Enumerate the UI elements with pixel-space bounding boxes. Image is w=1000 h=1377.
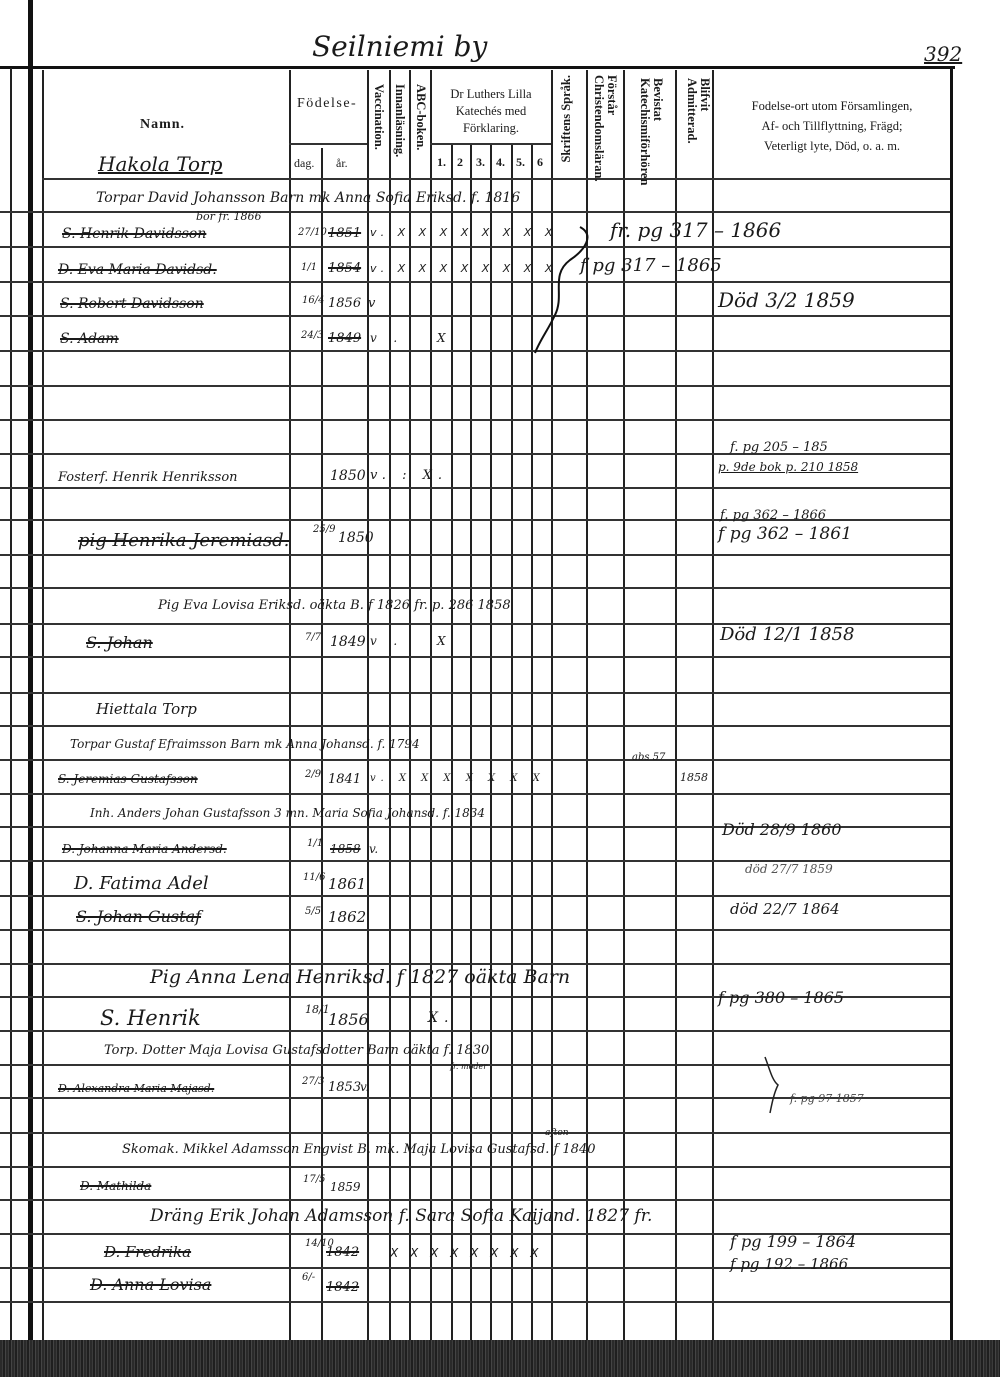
table-row-name: D. Fatima Adel (74, 873, 209, 894)
row-line (0, 554, 950, 556)
header-admitterad: Blifvit Admitterad. (683, 78, 711, 178)
remark: Död 28/9 1860 (722, 820, 842, 839)
birth-year: 1856 (328, 1010, 369, 1029)
birth-day: 24/3 (301, 330, 323, 341)
row-line (0, 759, 950, 761)
table-row-name: S. Henrik Davidsson (62, 226, 206, 242)
birth-year: 1842 (326, 1245, 359, 1260)
row-line (0, 487, 950, 489)
parent-line: Pig Anna Lena Henriksd. f 1827 oäkta Bar… (150, 966, 570, 988)
luther-subheader-line (430, 143, 551, 145)
catechism-marks: v. : X. (370, 468, 448, 483)
birth-day: 27/10 (298, 227, 327, 238)
birth-day: 16/4 (302, 295, 324, 306)
village-title: Seilniemi by (312, 30, 487, 63)
header-remarks-line2: Af- och Tillflyttning, Frägd; (716, 116, 948, 136)
header-remarks-line3: Veterligt lyte, Död, o. a. m. (716, 136, 948, 156)
birth-year: 1854 (328, 261, 361, 276)
birth-day: 1/1 (301, 262, 317, 273)
parent-line: Torp. Dotter Maja Lovisa Gustafsdotter B… (104, 1043, 489, 1058)
birth-day: 7/7 (305, 632, 321, 643)
parent-line: Inh. Anders Johan Gustafsson 3 mn. Maria… (90, 806, 485, 820)
header-innanlasning: Innanläsning. (393, 84, 406, 157)
header-name: Namn. (140, 117, 185, 133)
remark: f. pg 205 – 185 (730, 440, 828, 455)
table-row-name: S. Johan (86, 633, 153, 652)
parent-line: Skomak. Mikkel Adamsson Engvist B. mk. M… (122, 1142, 596, 1157)
table-row-name: D. Mathilda (80, 1179, 151, 1193)
header-luther-4: 4. (496, 155, 505, 170)
remark: död 22/7 1864 (730, 900, 840, 918)
remark: p. 9de bok p. 210 1858 (718, 460, 858, 474)
household-heading: Hakola Torp (98, 152, 222, 176)
catechism-marks: v. (360, 1080, 369, 1094)
row-line (0, 1030, 950, 1032)
annotation: fr. moder (450, 1062, 487, 1071)
header-luther-line1: Dr Luthers Lilla (432, 86, 550, 103)
annotation: abs 57 (632, 752, 665, 763)
birth-day: 1/1 (307, 838, 323, 849)
header-luther-line2: Katechés med (432, 103, 550, 120)
row-line (0, 1166, 950, 1168)
remark: f pg 380 – 1865 (718, 988, 844, 1007)
birth-day: 18/1 (305, 1003, 330, 1016)
header-luther-3: 3. (476, 155, 485, 170)
parent-line: Dräng Erik Johan Adamsson f. Sara Sofia … (150, 1206, 652, 1226)
remark: Död 12/1 1858 (720, 624, 854, 645)
header-luther-5: 5. (516, 155, 525, 170)
row-line (0, 1132, 950, 1134)
birth-year: 1859 (330, 1180, 361, 1194)
col-line-l1 (451, 145, 453, 1343)
household-heading: Hiettala Torp (96, 700, 197, 718)
birth-day: 25/9 (313, 524, 335, 535)
birth-year: 1858 (330, 842, 361, 856)
table-row-name: S. Henrik (100, 1006, 201, 1030)
catechism-marks: X. (428, 1010, 454, 1026)
remark: f. pg 97 1857 (790, 1092, 864, 1105)
header-luther-6: 6 (537, 155, 543, 170)
remark: f pg 192 – 1866 (730, 1255, 848, 1273)
table-row-name: D. Johanna Maria Andersd. (62, 842, 227, 856)
row-line (0, 246, 950, 248)
table-row-name: pig Henrika Jeremiasd. (78, 530, 289, 551)
birth-day: 17/5 (303, 1174, 325, 1185)
birth-year: 1861 (328, 875, 366, 893)
birth-year: 1853 (328, 1080, 361, 1095)
row-line (0, 1301, 950, 1303)
birth-year: 1842 (326, 1280, 359, 1295)
birth-day: 2/9 (305, 769, 321, 780)
birth-year: 1841 (328, 772, 361, 787)
row-line (0, 350, 950, 352)
birth-year: 1851 (328, 226, 361, 241)
col-line-l3 (490, 145, 492, 1343)
remark: f pg 317 – 1865 (580, 255, 722, 276)
annotation: bor fr. 1866 (196, 210, 262, 223)
header-luther-1: 1. (437, 155, 446, 170)
remark: död 27/7 1859 (745, 862, 833, 876)
table-row-name: Fosterf. Henrik Henriksson (58, 470, 238, 485)
table-row-name: S. Robert Davidsson (60, 296, 204, 312)
table-row-name: D. Fredrika (104, 1243, 191, 1261)
remark: f. pg 362 – 1866 (720, 508, 826, 523)
annotation: afton (545, 1128, 569, 1138)
name-col-left-line (42, 70, 44, 1343)
catechism-marks: X X X X X X X X (390, 1246, 542, 1260)
scan-bottom-edge (0, 1340, 1000, 1377)
header-birth-year: år. (336, 156, 348, 171)
admitted-year: 1858 (680, 771, 708, 784)
table-row-name: S. Adam (60, 331, 119, 347)
birth-year: 1850 (338, 530, 374, 546)
remark: Död 3/2 1859 (718, 288, 855, 312)
catechism-marks: v. (369, 842, 378, 856)
birth-year: 1849 (328, 331, 361, 346)
catechism-marks: v. X (370, 331, 464, 345)
birth-year: 1856 (328, 296, 361, 311)
header-luther-2: 2 (457, 155, 463, 170)
top-border (0, 66, 955, 69)
header-vaccination: Vaccination. (372, 84, 385, 150)
left-thick-binding (28, 0, 33, 1343)
table-row-name: S. Jeremias Gustafsson (58, 772, 198, 786)
birth-year: 1850 (330, 468, 366, 484)
header-birth: Födelse- (297, 96, 357, 112)
catechism-marks: v. X X X X X X X (370, 773, 546, 784)
header-remarks-line1: Fodelse-ort utom Församlingen, (716, 96, 948, 116)
row-line (0, 587, 950, 589)
row-line (0, 895, 950, 897)
row-line (0, 419, 950, 421)
row-line (0, 963, 950, 965)
table-row-name: S. Johan Gustaf (76, 907, 201, 926)
table-row-name: D. Alexandra Maria Majasd. (58, 1082, 214, 1095)
header-skriftens-sprak: Skriftens Språk. (560, 75, 573, 163)
parent-line: Torpar David Johansson Barn mk Anna Sofi… (96, 190, 520, 206)
catechism-marks: v. X (370, 634, 464, 648)
remark: f pg 362 – 1861 (718, 524, 852, 544)
header-remarks: Fodelse-ort utom Församlingen, Af- och T… (716, 96, 948, 156)
header-abc-boken: ABC-boken. (414, 84, 427, 150)
row-line (0, 211, 950, 213)
bracket-icon (760, 1055, 790, 1115)
catechism-marks: v (368, 296, 375, 311)
row-line (0, 692, 950, 694)
birth-subheader-line (289, 143, 367, 145)
col-line-l2 (470, 145, 472, 1343)
header-luther: Dr Luthers Lilla Katechés med Förklaring… (432, 86, 550, 137)
header-forstar: Förstår Christendomsläran. (590, 75, 618, 175)
table-row-name: D. Eva Maria Davidsd. (58, 262, 217, 278)
birth-year: 1849 (330, 634, 366, 650)
right-border (950, 66, 953, 1343)
birth-day: 6/- (302, 1272, 315, 1283)
col-line-l4 (511, 145, 513, 1343)
row-line (0, 725, 950, 727)
row-line (0, 656, 950, 658)
row-line (0, 929, 950, 931)
header-birth-day: dag. (294, 156, 314, 171)
header-bevistat: Bevistat Katechismiförhören (636, 78, 664, 178)
parent-line: Pig Eva Lovisa Eriksd. oäkta B. f 1826 f… (158, 598, 511, 613)
birth-year: 1862 (328, 908, 366, 926)
birth-day: 11/6 (303, 872, 325, 883)
row-line (0, 315, 950, 317)
bracket-icon (530, 225, 600, 355)
row-line (0, 1199, 950, 1201)
page-number: 392 (924, 42, 962, 66)
table-row-name: D. Anna Lovisa (90, 1275, 211, 1294)
header-luther-line3: Förklaring. (432, 120, 550, 137)
parent-line: Torpar Gustaf Efraimsson Barn mk Anna Jo… (70, 737, 420, 751)
header-bottom-line (42, 178, 950, 180)
birth-day: 27/3 (302, 1076, 324, 1087)
row-line (0, 385, 950, 387)
remark: fr. pg 317 – 1866 (610, 218, 781, 242)
birth-day: 5/5 (305, 906, 321, 917)
left-margin-line (10, 68, 12, 1343)
row-line (0, 281, 950, 283)
remark: f pg 199 – 1864 (730, 1232, 856, 1251)
row-line (0, 793, 950, 795)
